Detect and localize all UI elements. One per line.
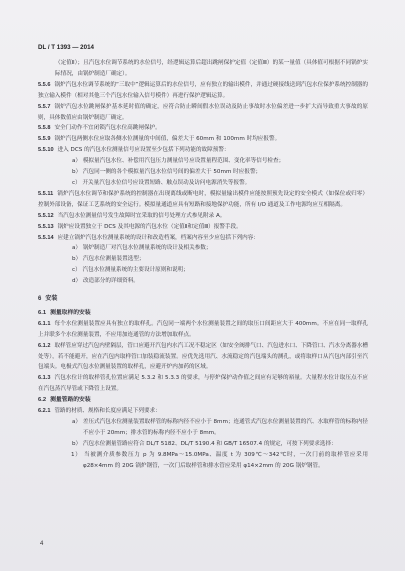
section-number: 6 [38,296,41,302]
clause-5-5-9: 5.5.9锅炉汽包两侧水位应取各侧水位测量的中间值，偏差大于 60mm 和 10… [38,134,368,145]
list-item-text: 改造部分的详细资料。 [83,278,139,284]
clause-number: 6.2.1 [38,408,50,414]
clause-6-2-1: 6.2.1管路的材质、规格和长度应满足下列要求： [38,406,368,417]
subsection-heading: 6.2测量管路的安装 [38,395,368,406]
clause-number: 5.5.9 [38,136,50,142]
clause-text: 锅炉汽包水位调节系统的“三取中”逻辑运算后的水位信号，应有独立的输出模件，并通过… [38,82,368,99]
list-item: b） 汽包水位测量装置选型； [55,254,368,265]
clause-number: 5.5.11 [38,191,53,197]
list-item-label: b） [72,169,81,175]
list-item: a） 模拟量汽包水位、补偿用汽包压力测量信号应设置量程范围、变化率等信号检查； [55,156,368,167]
clause-text: 汽包水位计的取样管孔位置应满足 5.3.2 和 5.3.3 的要求，与停炉保护动… [38,375,368,392]
subsection-number: 6.1 [38,310,46,316]
subsection-title: 测量取样的安装 [50,310,91,316]
list-item-label: b） [72,256,81,262]
clause-text: 安全门动作不宜闭锁汽包水位高跳闸保护。 [54,125,160,131]
document-body: （定值Ⅱ）；且汽包水位调节系统的水位信号，经逻辑运算后超出跳闸保护定值（定值Ⅲ）… [38,58,368,472]
clause-5-5-8: 5.5.8安全门动作不宜闭锁汽包水位高跳闸保护。 [38,123,368,134]
sub-list-item: 1） 当被测介质参数压力 p 为 9.8MPa～15.0MPa、温度 t 为 3… [38,450,368,472]
list-item-label: d） [72,278,81,284]
page-number: 4 [40,541,43,547]
subsection-heading: 6.1测量取样的安装 [38,308,368,319]
clause-text: 进入 DCS 的汽包水位测量信号应设置至少包括下列功能的故障预警： [58,147,230,153]
paragraph-text: （定值Ⅱ）；且汽包水位调节系统的水位信号，经逻辑运算后超出跳闸保护定值（定值Ⅲ）… [55,60,368,77]
list-item: b） 汽包水位测量管路应符合 DL/T 5182、DL/T 5190.4 和 G… [55,439,368,450]
list-item-text: 差压式汽包水位测量装置取样管的标称内径不应小于 8mm；连通管式汽包水位测量装置… [83,419,368,436]
list-item: b） 汽包同一侧的各个模拟量汽包水位信号间的偏差大于 50mm 时应报警； [55,167,368,178]
clause-5-5-14: 5.5.14应建立锅炉汽包水位测量系统的设计和改造档案，档案内容至少应包括下列内… [38,233,368,244]
clause-6-1-3: 6.1.3汽包水位计的取样管孔位置应满足 5.3.2 和 5.3.3 的要求，与… [38,373,368,395]
clause-number: 5.5.10 [38,147,54,153]
list-item-label: a） [72,158,81,164]
clause-text: 管路的材质、规格和长度应满足下列要求： [54,408,160,414]
clause-6-1-1: 6.1.1每个水位测量装置应具有独立的取样孔。汽包同一端两个水位测量装置之间的取… [38,319,368,341]
clause-text: 每个水位测量装置应具有独立的取样孔。汽包同一端两个水位测量装置之间的取压口间距应… [38,321,368,338]
clause-text: 锅炉汽包水位跳闸保护基本延时值的确定，应符合防止瞬间假水位误动及防止事故时水位偏… [38,104,368,121]
clause-number: 5.5.13 [38,224,54,230]
list-item: a） 差压式汽包水位测量装置取样管的标称内径不应小于 8mm；连通管式汽包水位测… [55,417,368,439]
list-item-label: c） [72,180,81,186]
sub-list-item-label: 1） [71,452,82,458]
clause-5-5-7: 5.5.7锅炉汽包水位跳闸保护基本延时值的确定，应符合防止瞬间假水位误动及防止事… [38,102,368,124]
clause-5-5-10: 5.5.10进入 DCS 的汽包水位测量信号应设置至少包括下列功能的故障预警： [38,145,368,156]
list-item-label: c） [72,267,81,273]
clause-5-5-12: 5.5.12当汽包水位测量信号发生故障时宜采取的信号处理方式参见附录 A。 [38,211,368,222]
subsection-number: 6.2 [38,397,46,403]
clause-text: 锅炉汽包两侧水位应取各侧水位测量的中间值，偏差大于 60mm 和 100mm 时… [54,136,280,142]
list-item-label: b） [72,441,81,447]
list-item: c） 汽包水位测量系统的主要设计原则和说明； [55,265,368,276]
list-item-text: 模拟量汽包水位、补偿用汽包压力测量信号应设置量程范围、变化率等信号检查； [83,158,284,164]
list-item-text: 汽包水位测量系统的主要设计原则和说明； [82,267,188,273]
clause-number: 5.5.12 [38,213,54,219]
clause-5-5-11: 5.5.11锅炉汽包水位调节和保护系统的控制器在出现离线或断电时，模拟量输出模件… [38,189,368,211]
list-item-text: 汽包同一侧的各个模拟量汽包水位信号间的偏差大于 50mm 时应报警； [83,169,261,175]
clause-5-5-6: 5.5.6锅炉汽包水位调节系统的“三取中”逻辑运算后的水位信号，应有独立的输出模… [38,80,368,102]
clause-6-1-2: 6.1.2取样管应穿过汽包内壁隔层，管口应避开汽包内水汽工况不稳定区（如安全阀排… [38,341,368,374]
list-item-text: 开关量汽包水位信号应设置短路、触点误动及访问电源消失等报警。 [82,180,250,186]
clause-number: 5.5.6 [38,82,50,88]
list-item-text: 汽包水位测量管路应符合 DL/T 5182、DL/T 5190.4 和 GB/T… [83,441,337,447]
clause-text: 锅炉汽包水位调节和保护系统的控制器在出现离线或断电时，模拟量输出模件应能按照预先… [38,191,368,208]
clause-number: 5.5.14 [38,235,54,241]
list-item-text: 汽包水位测量装置选型； [83,256,145,262]
subsection-title: 测量管路的安装 [50,397,91,403]
clause-number: 6.1.1 [38,321,50,327]
clause-text: 当汽包水位测量信号发生故障时宜采取的信号处理方式参见附录 A。 [58,213,226,219]
list-item: c） 开关量汽包水位信号应设置短路、触点误动及访问电源消失等报警。 [55,178,368,189]
clause-text: 锅炉应设置独立于 DCS 及其电源的汽包水位（定值Ⅱ和定值Ⅲ）报警手段。 [58,224,242,230]
list-item-label: a） [72,245,81,251]
clause-5-5-13: 5.5.13锅炉应设置独立于 DCS 及其电源的汽包水位（定值Ⅱ和定值Ⅲ）报警手… [38,222,368,233]
list-item: a） 锅炉制造厂对汽包水位测量系统的设计及相关参数； [55,243,368,254]
paragraph-continuation: （定值Ⅱ）；且汽包水位调节系统的水位信号，经逻辑运算后超出跳闸保护定值（定值Ⅲ）… [38,58,368,80]
clause-text: 应建立锅炉汽包水位测量系统的设计和改造档案，档案内容至少应包括下列内容： [58,235,259,241]
list-item-text: 锅炉制造厂对汽包水位测量系统的设计及相关参数； [83,245,212,251]
clause-number: 5.5.8 [38,125,50,131]
clause-number: 6.1.3 [38,375,50,381]
section-heading: 6安装 [38,294,368,305]
list-item: d） 改造部分的详细资料。 [55,276,368,287]
clause-number: 5.5.7 [38,104,50,110]
document-page: DL / T 1393 — 2014 （定值Ⅱ）；且汽包水位调节系统的水位信号，… [0,0,405,571]
document-code-header: DL / T 1393 — 2014 [38,44,94,51]
clause-number: 6.1.2 [38,343,50,349]
sub-list-item-text: 当被测介质参数压力 p 为 9.8MPa～15.0MPa、温度 t 为 309℃… [83,452,368,469]
clause-text: 取样管应穿过汽包内壁隔层，管口应避开汽包内水汽工况不稳定区（如安全阀排气口、汽包… [38,343,368,371]
section-title: 安装 [45,296,57,302]
list-item-label: a） [72,419,81,425]
